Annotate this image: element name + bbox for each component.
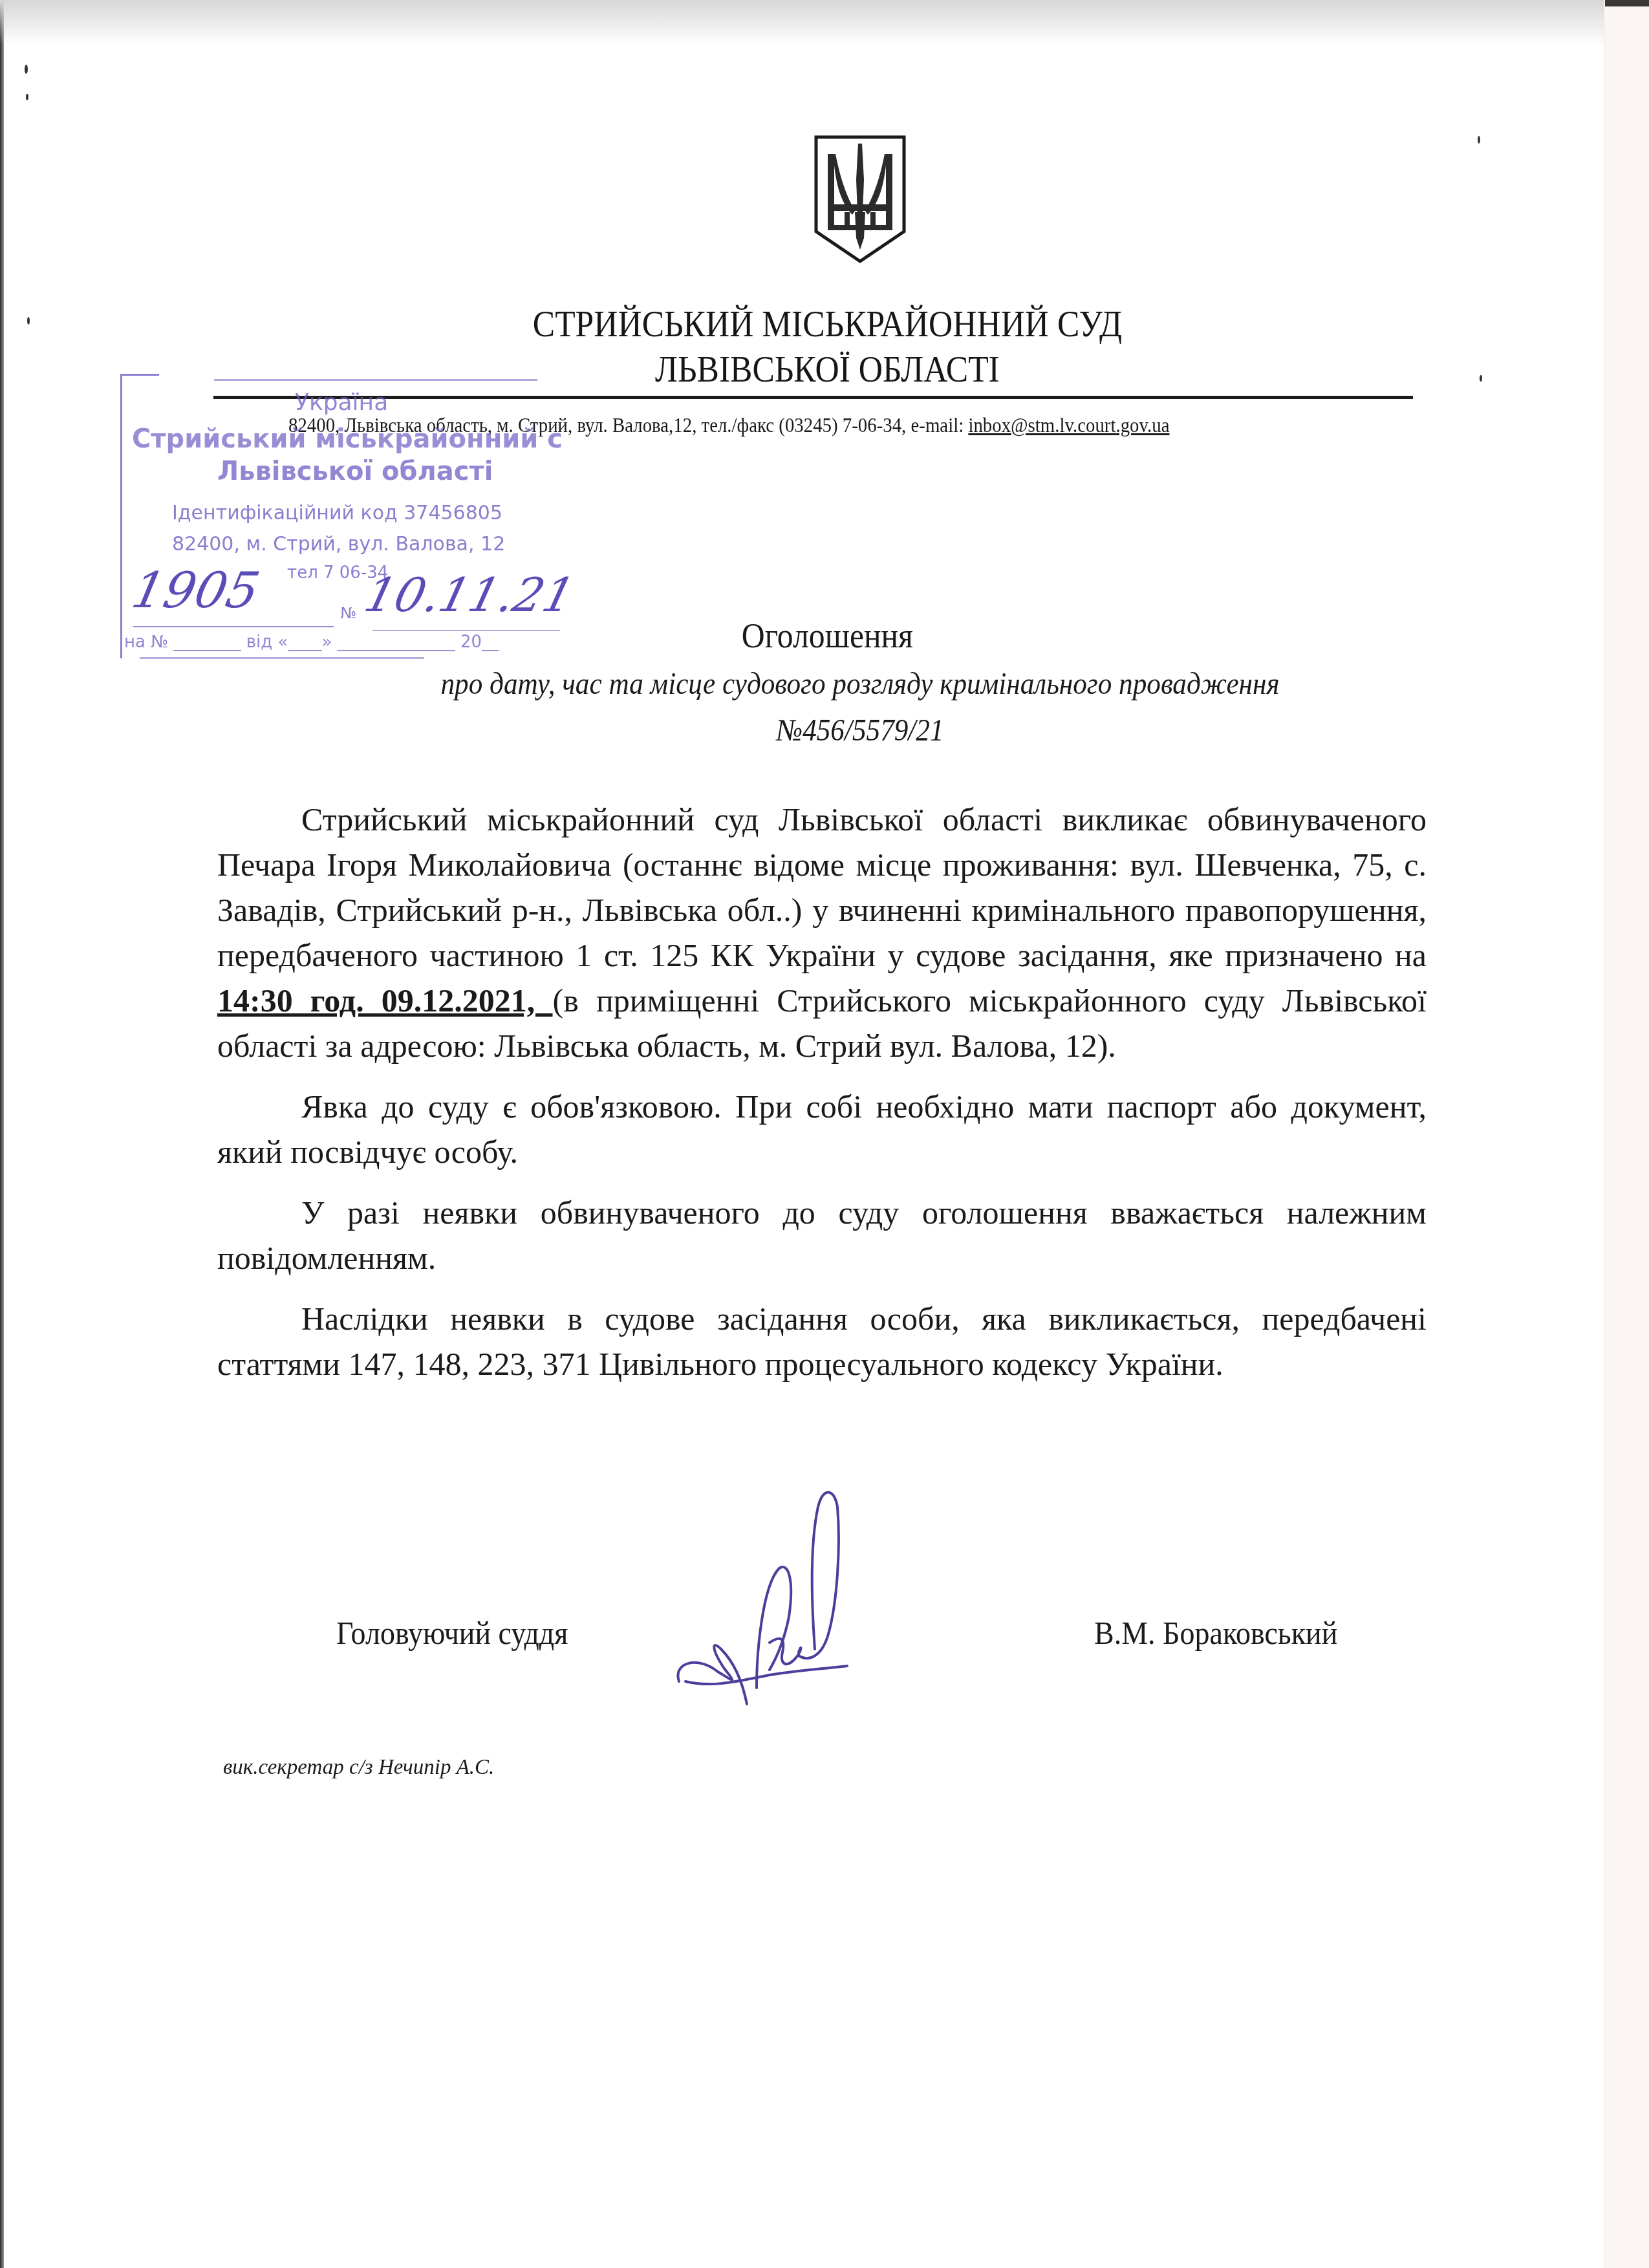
- body-paragraph-attendance: Явка до суду є обов'язковою. При собі не…: [217, 1084, 1427, 1174]
- hearing-datetime: 14:30 год. 09.12.2021,: [217, 982, 553, 1019]
- summons-text: Стрийський міськрайонний суд Львівської …: [217, 801, 1427, 973]
- stamp-country: Україна: [295, 389, 388, 416]
- stamp-registration-number: 1905: [127, 561, 264, 619]
- coat-of-arms-icon: [814, 135, 907, 264]
- case-number: №456/5579/21: [86, 713, 1634, 748]
- stamp-frame-top: [120, 374, 159, 376]
- scan-speck: [27, 317, 30, 325]
- scan-speck: [26, 94, 28, 100]
- stamp-id-code: Ідентифікаційний код 37456805: [172, 502, 502, 524]
- signatory-role: Головуючий суддя: [336, 1614, 568, 1652]
- secretary-note: вик.секретар с/з Нечипір А.С.: [223, 1756, 494, 1780]
- stamp-registration-date: 10.11.21: [360, 568, 581, 622]
- announcement-subtitle: про дату, час та місце судового розгляду…: [86, 666, 1634, 702]
- body-paragraph-consequences: Наслідки неявки в судове засідання особи…: [217, 1296, 1427, 1387]
- scan-speck: [25, 65, 28, 74]
- stamp-address: 82400, м. Стрий, вул. Валова, 12: [172, 533, 505, 556]
- stamp-frame-top: [214, 379, 537, 381]
- body-paragraph-notice: У разі неявки обвинуваченого до суду ого…: [217, 1190, 1427, 1280]
- stamp-court-name-line1: Стрийський міськрайонний с: [132, 424, 563, 454]
- stamp-court-name-line2: Львівської області: [217, 457, 493, 486]
- scan-edge-right-top: [1605, 0, 1649, 6]
- body-paragraph-summons: Стрийський міськрайонний суд Львівської …: [217, 797, 1427, 1068]
- scan-speck: [1478, 136, 1480, 144]
- scan-edge-left: [0, 0, 4, 2268]
- scan-top-shade: [0, 0, 1604, 45]
- stamp-frame-bottom: [140, 657, 424, 659]
- announcement-body: Стрийський міськрайонний суд Львівської …: [217, 797, 1427, 1402]
- handwritten-signature-icon: [673, 1487, 867, 1720]
- court-name-line1: СТРИЙСЬКИЙ МІСЬКРАЙОННИЙ СУД: [69, 304, 1586, 345]
- scan-edge-right: [1604, 0, 1649, 2268]
- announcement-title: Оголошення: [69, 616, 1586, 656]
- signatory-name: В.М. Бораковський: [1094, 1614, 1337, 1652]
- contact-email-link[interactable]: inbox@stm.lv.court.gov.ua: [968, 414, 1169, 437]
